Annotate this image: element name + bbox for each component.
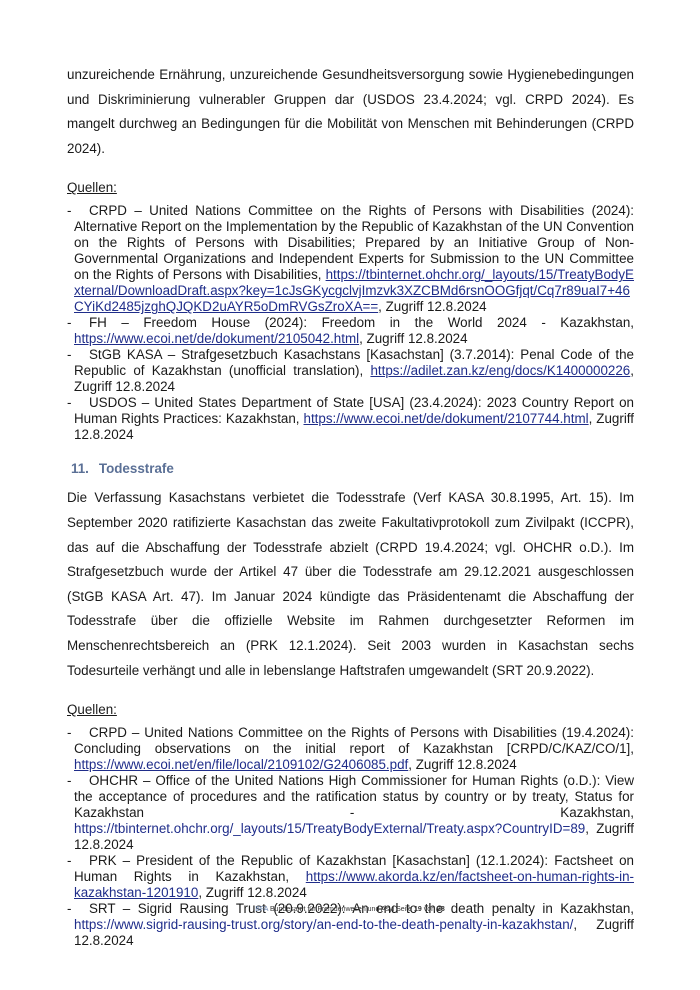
document-page: unzureichende Ernährung, unzureichende G… xyxy=(67,63,634,949)
source-link[interactable]: https://tbinternet.ohchr.org/_layouts/15… xyxy=(74,821,585,836)
page-number: 19 xyxy=(414,906,422,913)
sources-list-1: -CRPD – United Nations Committee on the … xyxy=(67,203,634,443)
source-item: -StGB KASA – Strafgesetzbuch Kasachstans… xyxy=(67,347,634,395)
section-title: Todesstrafe xyxy=(99,461,174,476)
page-total: 28 xyxy=(437,906,445,913)
source-item: -USDOS – United States Department of Sta… xyxy=(67,395,634,443)
source-link[interactable]: https://www.ecoi.net/en/file/local/21091… xyxy=(74,757,408,772)
source-item: -FH – Freedom House (2024): Freedom in t… xyxy=(67,315,634,347)
source-item: -CRPD – United Nations Committee on the … xyxy=(67,725,634,773)
sources-label-1: Quellen: xyxy=(67,179,634,197)
source-link[interactable]: https://adilet.zan.kz/eng/docs/K14000002… xyxy=(370,363,630,378)
source-item: -PRK – President of the Republic of Kaza… xyxy=(67,853,634,901)
section-heading: 11.Todesstrafe xyxy=(71,460,634,478)
sources-list-2: -CRPD – United Nations Committee on the … xyxy=(67,725,634,949)
page-footer: BFA Bundesamt für Fremdenwesen und Asyl … xyxy=(0,906,700,913)
sources-label-2: Quellen: xyxy=(67,701,634,719)
source-link[interactable]: https://www.sigrid-rausing-trust.org/sto… xyxy=(74,917,573,932)
source-link[interactable]: https://www.ecoi.net/de/dokument/2107744… xyxy=(304,411,589,426)
section-paragraph: Die Verfassung Kasachstans verbietet die… xyxy=(67,486,634,683)
source-item: -CRPD – United Nations Committee on the … xyxy=(67,203,634,315)
section-number: 11. xyxy=(71,461,89,476)
bfa-logo: BFA xyxy=(255,906,268,913)
source-item: -OHCHR – Office of the United Nations Hi… xyxy=(67,773,634,853)
intro-paragraph: unzureichende Ernährung, unzureichende G… xyxy=(67,63,634,161)
source-link[interactable]: https://www.ecoi.net/de/dokument/2105042… xyxy=(74,331,359,346)
